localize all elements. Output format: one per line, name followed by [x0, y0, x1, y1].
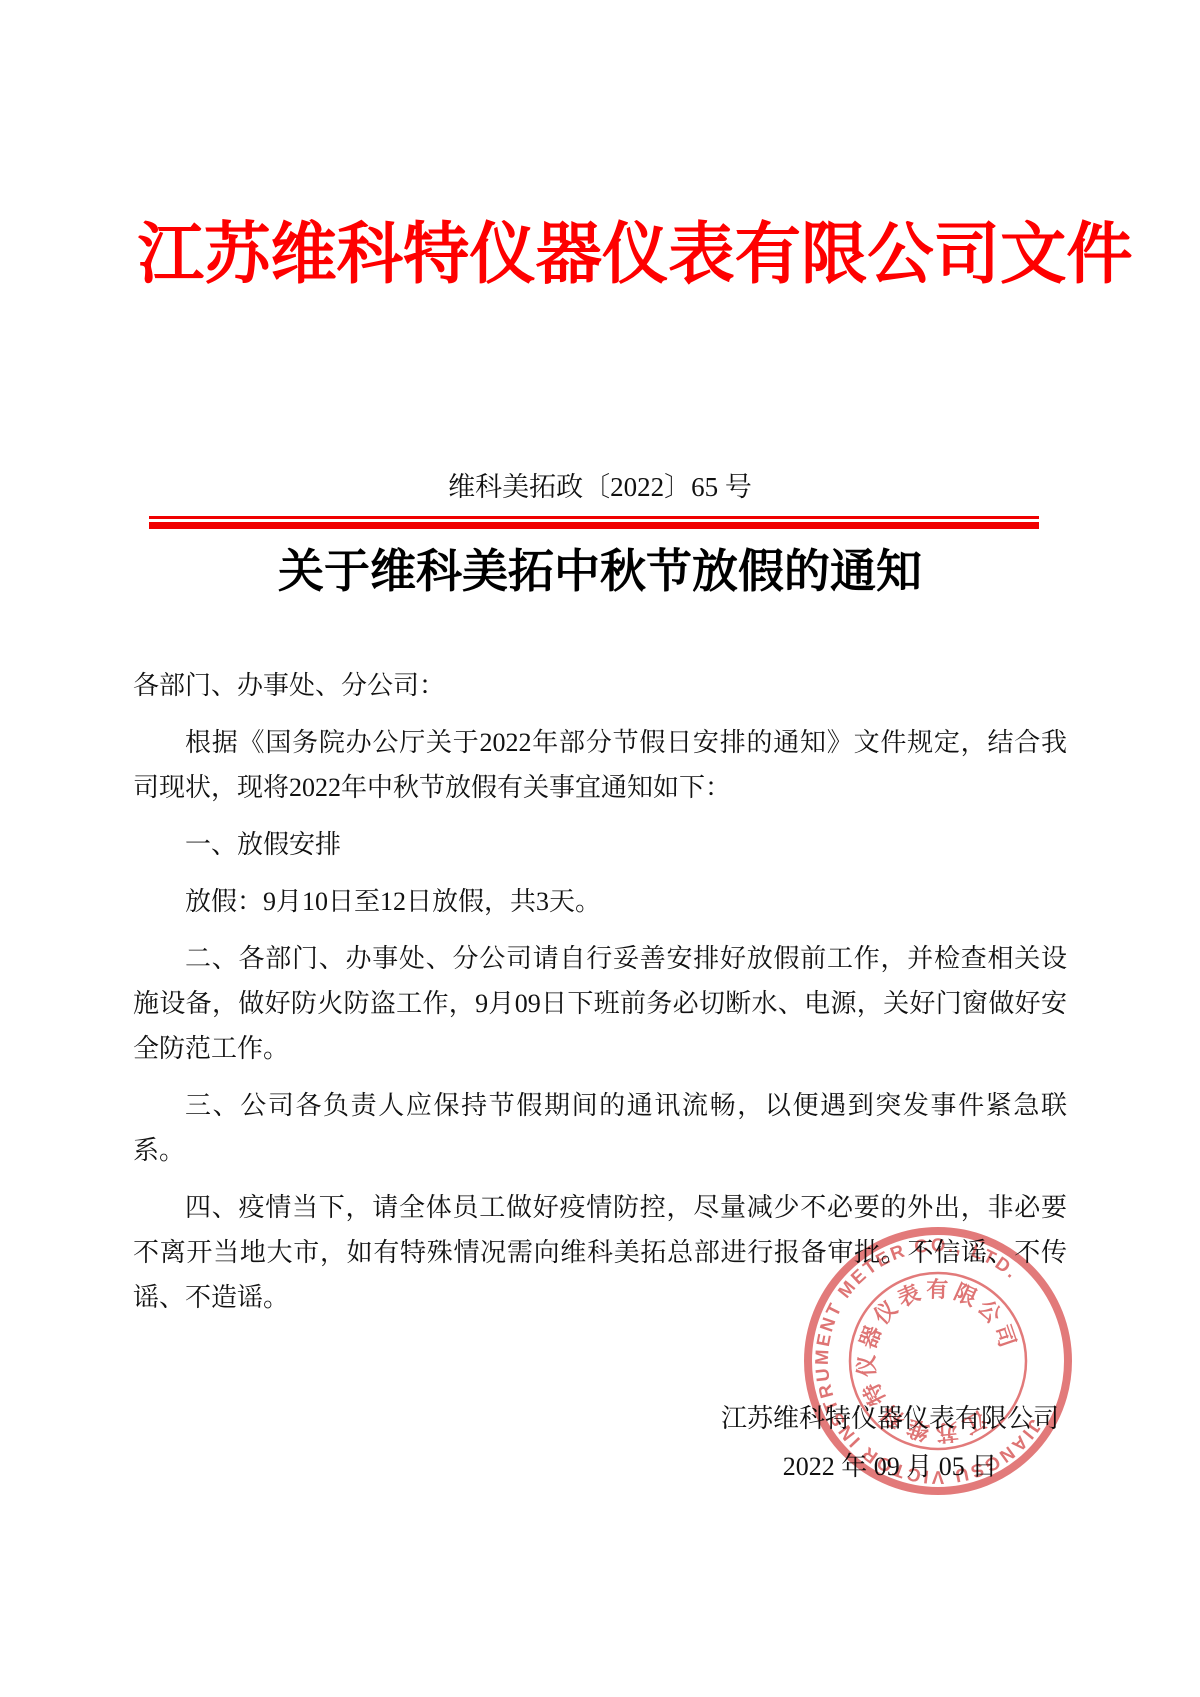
doc-title: 关于维科美拓中秋节放假的通知 [133, 540, 1067, 604]
red-divider-rule [149, 516, 1039, 529]
paragraph-basis: 根据《国务院办公厅关于2022年部分节假日安排的通知》文件规定，结合我司现状，现… [133, 720, 1067, 810]
document-page: 江苏维科特仪器仪表有限公司文件 维科美拓政〔2022〕65 号 关于维科美拓中秋… [0, 0, 1200, 1697]
document-body: 各部门、办事处、分公司： 根据《国务院办公厅关于2022年部分节假日安排的通知》… [133, 663, 1067, 1320]
paragraph-holiday-dates: 放假：9月10日至12日放假，共3天。 [133, 879, 1067, 924]
paragraph-section-1-heading: 一、放假安排 [133, 822, 1067, 867]
signature-company: 江苏维科特仪器仪表有限公司 [721, 1395, 1059, 1443]
doc-number: 维科美拓政〔2022〕65 号 [133, 469, 1067, 507]
paragraph-section-3: 三、公司各负责人应保持节假期间的通讯流畅，以便遇到突发事件紧急联系。 [133, 1083, 1067, 1173]
signature-inner: 江苏维科特仪器仪表有限公司 2022 年 09 月 05 日 [721, 1395, 1059, 1491]
org-header-title: 江苏维科特仪器仪表有限公司文件 [138, 212, 1063, 299]
salutation-line: 各部门、办事处、分公司： [133, 663, 1067, 708]
paragraph-section-4: 四、疫情当下，请全体员工做好疫情防控，尽量减少不必要的外出，非必要不离开当地大市… [133, 1185, 1067, 1320]
signature-date: 2022 年 09 月 05 日 [721, 1443, 1059, 1491]
signature-block: 江苏维科特仪器仪表有限公司 2022 年 09 月 05 日 [133, 1395, 1059, 1491]
paragraph-section-2: 二、各部门、办事处、分公司请自行妥善安排好放假前工作，并检查相关设施设备，做好防… [133, 936, 1067, 1071]
